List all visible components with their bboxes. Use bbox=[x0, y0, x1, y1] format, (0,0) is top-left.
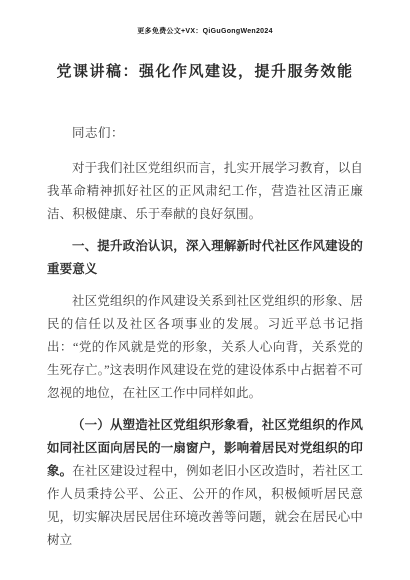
document-page: 更多免费公文+VX：QiGuGongWen2024 党课讲稿：强化作风建设，提升… bbox=[0, 0, 410, 580]
subsection-1-paragraph: （一）从塑造社区党组织形象看，社区党组织的作风如同社区面向居民的一扇窗户，影响着… bbox=[47, 414, 363, 552]
document-title: 党课讲稿：强化作风建设，提升服务效能 bbox=[47, 64, 363, 81]
subsection-1-body: 在社区建设过程中，例如老旧小区改造时，若社区工作人员秉持公平、公正、公开的作风，… bbox=[47, 464, 363, 547]
section-1-heading: 一、提升政治认识，深入理解新时代社区作风建设的重要意义 bbox=[47, 235, 363, 281]
salutation: 同志们： bbox=[47, 122, 363, 145]
paragraph-intro: 对于我们社区党组织而言，扎实开展学习教育，以自我革命精神抓好社区的正风肃纪工作，… bbox=[47, 157, 363, 226]
watermark-text: 更多免费公文+VX：QiGuGongWen2024 bbox=[47, 27, 363, 36]
document-body: 对于我们社区党组织而言，扎实开展学习教育，以自我革命精神抓好社区的正风肃纪工作，… bbox=[47, 157, 363, 552]
section-1-paragraph: 社区党组织的作风建设关系到社区党组织的形象、居民的信任以及社区各项事业的发展。习… bbox=[47, 290, 363, 405]
